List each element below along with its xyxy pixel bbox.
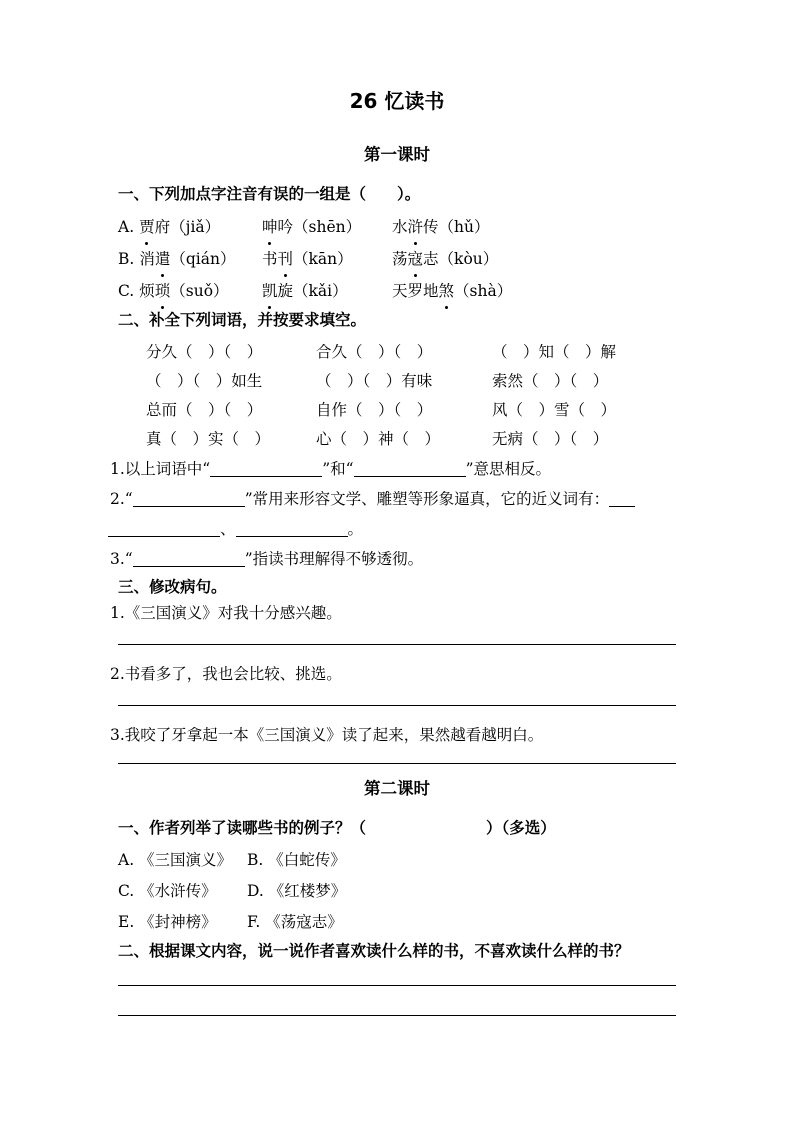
dotted-char: 寇 <box>408 243 424 275</box>
word-pre: 水 <box>392 218 408 236</box>
idiom-cell: （ ）（ ）有味 <box>316 367 492 396</box>
option-cell: 凯旋（kǎi） <box>262 275 392 307</box>
pinyin: （shēn） <box>293 218 361 236</box>
idiom-row: 分久（ ）（ ） 合久（ ）（ ） （ ）知（ ）解 <box>146 338 676 367</box>
option-cell: B.消遣（qián） <box>118 243 262 275</box>
word-pre: 天罗地 <box>392 282 439 300</box>
worksheet-page: 26 忆读书 第一课时 一、下列加点字注音有误的一组是（ ）。 A.贾府（jiǎ… <box>0 0 793 1122</box>
sub3-text: 3.“ <box>110 550 133 568</box>
word: 烦琐（suǒ） <box>139 282 228 300</box>
option-cell: C.烦琐（suǒ） <box>118 275 262 307</box>
idiom-cell: 心（ ）神（ ） <box>316 425 492 454</box>
word: 呻吟（shēn） <box>262 218 361 236</box>
sub1-text: ”和“ <box>322 460 353 478</box>
word: 天罗地煞（shà） <box>392 282 512 300</box>
option-cell: C. 《水浒传》 <box>118 876 247 907</box>
idiom-cell: （ ）知（ ）解 <box>492 338 676 367</box>
dotted-char: 呻 <box>262 211 278 243</box>
option-cell: B. 《白蛇传》 <box>247 845 676 876</box>
pinyin: （jiǎ） <box>170 218 220 236</box>
sub2-text: 2.“ <box>110 490 133 508</box>
word-pre: 消 <box>139 250 155 268</box>
sentence-item: 1.《三国演义》对我十分感兴趣。 <box>110 600 676 626</box>
option-row-cd: C. 《水浒传》 D. 《红楼梦》 <box>118 876 676 907</box>
word-post: 志 <box>423 250 439 268</box>
option-row-b: B.消遣（qián） 书刊（kān） 荡寇志（kòu） <box>118 243 676 275</box>
pinyin: （kān） <box>293 250 353 268</box>
dotted-char: 煞 <box>439 275 455 307</box>
answer-line <box>118 763 676 764</box>
word: 书刊（kān） <box>262 250 353 268</box>
idiom-row: （ ）（ ）如生 （ ）（ ）有味 索然（ ）（ ） <box>146 367 676 396</box>
option-row-ab: A. 《三国演义》 B. 《白蛇传》 <box>118 845 676 876</box>
option-label: B. <box>118 250 134 268</box>
p1-q2-sub2-line2: 、。 <box>108 514 676 544</box>
word-post: 吟 <box>278 218 294 236</box>
option-cell: 天罗地煞（shà） <box>392 275 676 307</box>
pinyin: （hǔ） <box>439 218 490 236</box>
p1-q2-sub3: 3.“”指读书理解得不够透彻。 <box>110 544 676 574</box>
pinyin: （kòu） <box>439 250 499 268</box>
answer-line <box>118 1015 676 1016</box>
word: 水浒传（hǔ） <box>392 218 490 236</box>
sub2-text: 。 <box>348 520 364 538</box>
fill-blank <box>354 461 466 478</box>
sub1-text: ”意思相反。 <box>466 460 551 478</box>
sub2-text: 、 <box>220 520 236 538</box>
pinyin: （suǒ） <box>170 282 228 300</box>
p1-q1-options: A.贾府（jiǎ） 呻吟（shēn） 水浒传（hǔ） B.消遣（qián） 书刊… <box>118 211 676 307</box>
p1-q1-title: 一、下列加点字注音有误的一组是（ ）。 <box>118 181 676 207</box>
word: 凯旋（kǎi） <box>262 282 348 300</box>
fill-blank <box>133 551 245 568</box>
word: 贾府（jiǎ） <box>139 218 220 236</box>
pinyin: （shà） <box>454 282 512 300</box>
fill-blank <box>236 521 348 538</box>
part1-heading: 第一课时 <box>118 142 676 168</box>
idiom-cell: 风（ ）雪（ ） <box>492 396 676 425</box>
word: 荡寇志（kòu） <box>392 250 498 268</box>
option-row-ef: E. 《封神榜》 F. 《荡寇志》 <box>118 907 676 938</box>
dotted-char: 贾 <box>139 211 155 243</box>
idiom-row: 总而（ ）（ ） 自作（ ）（ ） 风（ ）雪（ ） <box>146 396 676 425</box>
word-post: 旋 <box>278 282 294 300</box>
sentence-item: 2.书看多了，我也会比较、挑选。 <box>110 661 676 687</box>
option-cell: E. 《封神榜》 <box>118 907 247 938</box>
idiom-cell: 自作（ ）（ ） <box>316 396 492 425</box>
fill-blank <box>133 491 245 508</box>
answer-line <box>118 644 676 645</box>
dotted-char: 凯 <box>262 275 278 307</box>
idiom-cell: 无病（ ）（ ） <box>492 425 676 454</box>
idiom-grid: 分久（ ）（ ） 合久（ ）（ ） （ ）知（ ）解 （ ）（ ）如生 （ ）（… <box>146 338 676 454</box>
fill-blank <box>210 461 322 478</box>
p2-q1-title: 一、作者列举了读哪些书的例子？（）（多选） <box>118 815 676 841</box>
idiom-cell: 索然（ ）（ ） <box>492 367 676 396</box>
p1-q3-title: 三、修改病句。 <box>118 574 676 600</box>
idiom-cell: （ ）（ ）如生 <box>146 367 316 396</box>
idiom-cell: 总而（ ）（ ） <box>146 396 316 425</box>
idiom-row: 真（ ）实（ ） 心（ ）神（ ） 无病（ ）（ ） <box>146 425 676 454</box>
option-cell: 书刊（kān） <box>262 243 392 275</box>
sub2-text: ”常用来形容文学、雕塑等形象逼真，它的近义词有： <box>245 490 609 508</box>
answer-line <box>118 705 676 706</box>
fill-blank <box>108 521 220 538</box>
option-row-a: A.贾府（jiǎ） 呻吟（shēn） 水浒传（hǔ） <box>118 211 676 243</box>
p1-q2-sub1: 1.以上词语中“”和“”意思相反。 <box>110 454 676 484</box>
option-cell: D. 《红楼梦》 <box>247 876 676 907</box>
p2-q2-title: 二、根据课文内容，说一说作者喜欢读什么样的书，不喜欢读什么样的书？ <box>118 938 676 964</box>
option-cell: 荡寇志（kòu） <box>392 243 676 275</box>
option-cell: A. 《三国演义》 <box>118 845 247 876</box>
fill-blank-short <box>609 491 635 508</box>
word-pre: 荡 <box>392 250 408 268</box>
option-cell: F. 《荡寇志》 <box>247 907 676 938</box>
option-label: C. <box>118 282 134 300</box>
p1-q2-sub2-line1: 2.“”常用来形容文学、雕塑等形象逼真，它的近义词有： <box>110 484 676 514</box>
dotted-char: 遣 <box>155 243 171 275</box>
p2-q1-text-post: ）（多选） <box>486 819 556 837</box>
word-pre: 书 <box>262 250 278 268</box>
sentence-item: 3.我咬了牙拿起一本《三国演义》读了起来，果然越看越明白。 <box>110 722 676 748</box>
dotted-char: 刊 <box>278 243 294 275</box>
word-post: 传 <box>423 218 439 236</box>
page-title: 26 忆读书 <box>118 88 676 114</box>
option-cell: A.贾府（jiǎ） <box>118 211 262 243</box>
dotted-char: 琐 <box>155 275 171 307</box>
answer-line <box>118 985 676 986</box>
option-row-c: C.烦琐（suǒ） 凯旋（kǎi） 天罗地煞（shà） <box>118 275 676 307</box>
idiom-cell: 合久（ ）（ ） <box>316 338 492 367</box>
part2-heading: 第二课时 <box>118 776 676 802</box>
idiom-cell: 分久（ ）（ ） <box>146 338 316 367</box>
dotted-char: 浒 <box>408 211 424 243</box>
word-post: 府 <box>155 218 171 236</box>
option-cell: 呻吟（shēn） <box>262 211 392 243</box>
word-pre: 烦 <box>139 282 155 300</box>
option-cell: 水浒传（hǔ） <box>392 211 676 243</box>
pinyin: （qián） <box>170 250 235 268</box>
p2-q1-options: A. 《三国演义》 B. 《白蛇传》 C. 《水浒传》 D. 《红楼梦》 E. … <box>118 845 676 938</box>
sub1-text: 1.以上词语中“ <box>110 460 210 478</box>
p2-q1-text-pre: 一、作者列举了读哪些书的例子？（ <box>118 819 366 837</box>
p1-q2-title: 二、补全下列词语，并按要求填空。 <box>118 307 676 333</box>
idiom-cell: 真（ ）实（ ） <box>146 425 316 454</box>
pinyin: （kǎi） <box>293 282 348 300</box>
option-label: A. <box>118 218 134 236</box>
word: 消遣（qián） <box>139 250 235 268</box>
sub3-text: ”指读书理解得不够透彻。 <box>245 550 423 568</box>
